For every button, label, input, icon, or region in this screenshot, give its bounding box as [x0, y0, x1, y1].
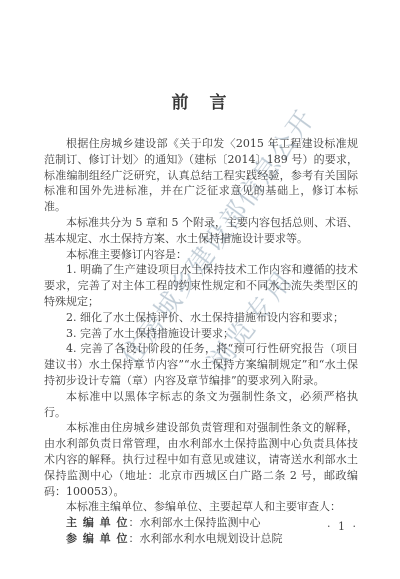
foreword-body: 根据住房城乡建设部《关于印发〈2015 年工程建设标准规范制订、修订计划〉的通知…	[44, 136, 358, 547]
paragraph-mandatory-clauses: 本标准中以黑体字标志的条文为强制性条文，必须严格执行。	[44, 389, 358, 421]
credit-value-co-editor: ：水利部水利水电规划设计总院	[129, 532, 283, 545]
paragraph-revision-item-3: 3. 完善了水土保持措施设计要求；	[44, 326, 358, 342]
page-number: · 1 ·	[327, 520, 358, 533]
page-title: 前 言	[0, 88, 400, 113]
credit-line-chief-editor: 主 编 单 位：水利部水土保持监测中心	[44, 515, 358, 531]
paragraph-revision-item-1: 1. 明确了生产建设项目水土保持技术工作内容和遵循的技术要求，完善了对主体工程的…	[44, 262, 358, 309]
paragraph-administration: 本标准由住房城乡建设部负责管理和对强制性条文的解释，由水利部负责日常管理，由水利…	[44, 420, 358, 499]
paragraph-revision-item-4: 4. 完善了各设计阶段的任务，将“预可行性研究报告（项目建议书）水土保持章节内容…	[44, 341, 358, 388]
paragraph-structure: 本标准共分为 5 章和 5 个附录，主要内容包括总则、术语、基本规定、水土保持方…	[44, 215, 358, 247]
paragraph-revision-intro: 本标准主要修订内容是：	[44, 247, 358, 263]
document-page: 住房城乡建设部信息公开 浏览专用 前 言 根据住房城乡建设部《关于印发〈2015…	[0, 0, 400, 579]
credit-value-chief-editor: ：水利部水土保持监测中心	[129, 516, 261, 529]
paragraph-revision-item-2: 2. 细化了水土保持评价、水土保持措施布设内容和要求；	[44, 310, 358, 326]
credit-line-co-editor: 参 编 单 位：水利部水利水电规划设计总院	[44, 531, 358, 547]
credit-label-co-editor: 参 编 单 位	[66, 532, 129, 545]
credit-label-chief-editor: 主 编 单 位	[66, 516, 129, 529]
paragraph-basis: 根据住房城乡建设部《关于印发〈2015 年工程建设标准规范制订、修订计划〉的通知…	[44, 136, 358, 215]
paragraph-credits-intro: 本标准主编单位、参编单位、主要起草人和主要审查人：	[44, 499, 358, 515]
